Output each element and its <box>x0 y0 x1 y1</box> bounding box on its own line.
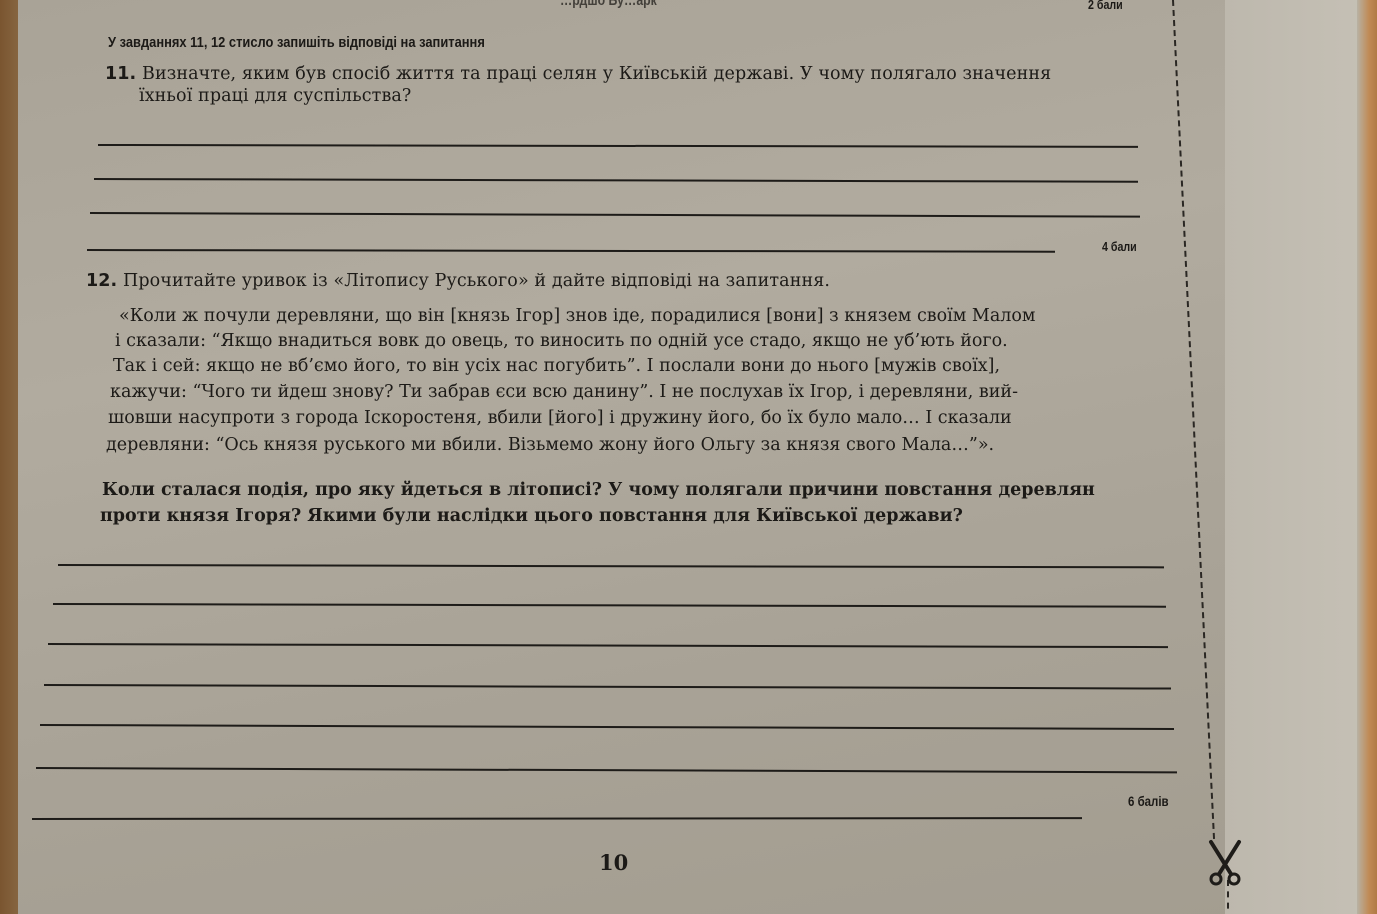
table-surface-right <box>1357 0 1377 914</box>
question-11-score: 4 бали <box>1102 239 1137 254</box>
question-12-ask-line: проти князя Ігоря? Якими були наслідки ц… <box>100 506 963 526</box>
scissors-icon <box>1205 838 1245 888</box>
previous-score: 2 бали <box>1088 0 1123 12</box>
question-12-number: 12. <box>86 271 117 291</box>
question-12-prompt-line: 12. Прочитайте уривок із «Літопису Руськ… <box>86 271 830 291</box>
question-12-prompt: Прочитайте уривок із «Літопису Руського»… <box>123 271 830 291</box>
page-number: 10 <box>599 850 628 875</box>
quote-line: Так і сей: якщо не вб’ємо його, то він у… <box>113 356 1000 376</box>
quote-line: шовши насупроти з города Іскоростеня, вб… <box>108 408 1012 428</box>
question-12-score: 6 балів <box>1128 793 1169 809</box>
quote-line: кажучи: “Чого ти йдеш знову? Ти забрав є… <box>110 382 1018 402</box>
question-11-line-1: 11. Визначте, яким був спосіб життя та п… <box>105 64 1051 84</box>
section-instruction: У завданнях 11, 12 стисло запишіть відпо… <box>108 34 485 51</box>
question-12-ask-line: Коли сталася подія, про яку йдеться в лі… <box>102 480 1095 500</box>
question-11-line-2: їхньої праці для суспільства? <box>139 86 411 106</box>
question-11-text-1: Визначте, яким був спосіб життя та праці… <box>142 64 1051 84</box>
previous-page-cut-text: …рдшо Бу…арк <box>560 0 657 9</box>
quote-line: і сказали: “Якщо внадиться вовк до овець… <box>115 331 1008 351</box>
tear-off-margin <box>1225 0 1365 914</box>
worksheet-page <box>18 0 1363 914</box>
question-11-number: 11. <box>105 64 136 84</box>
quote-line: деревляни: “Ось князя руського ми вбили.… <box>106 435 994 455</box>
quote-line: «Коли ж почули деревляни, що він [князь … <box>119 306 1036 326</box>
